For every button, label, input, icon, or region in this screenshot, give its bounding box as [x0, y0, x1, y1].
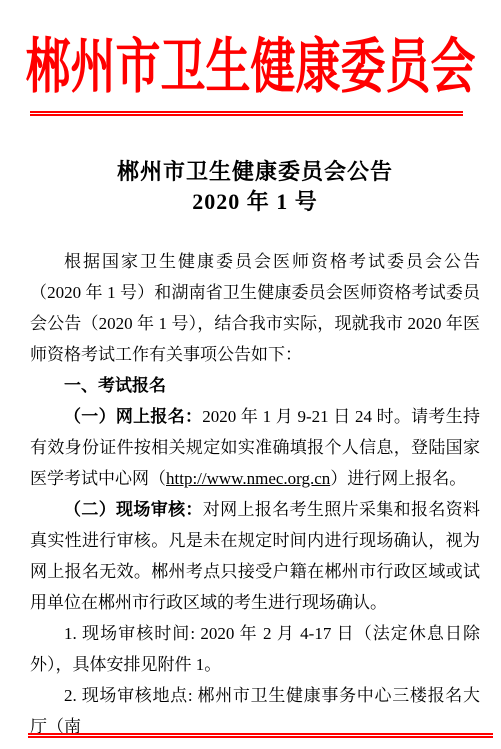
text-run: 2. 现场审核地点: 郴州市卫生健康事务中心三楼报名大厅（南 [30, 686, 480, 736]
section-heading: 一、考试报名 [30, 370, 480, 401]
letterhead: 郴州市卫生健康委员会 [0, 38, 501, 83]
text-run: ）进行网上报名。 [330, 469, 466, 488]
text-run: 根据国家卫生健康委员会医师资格考试委员会公告（2020 年 1 号）和湖南省卫生… [30, 252, 480, 364]
letterhead-divider-line [30, 111, 463, 116]
document-page: 郴州市卫生健康委员会 郴州市卫生健康委员会公告 2020 年 1 号 根据国家卫… [0, 0, 501, 749]
announcement-number: 2020 年 1 号 [30, 187, 480, 217]
paragraph: （二）现场审核：对网上报名考生照片采集和报名资料真实性进行审核。凡是未在规定时间… [30, 494, 480, 618]
announcement-title: 郴州市卫生健康委员会公告 [30, 157, 480, 187]
paragraph: 1. 现场审核时间: 2020 年 2 月 4-17 日（法定休息日除外），具体… [30, 618, 480, 680]
footer-divider-line [28, 733, 493, 738]
announcement-title-block: 郴州市卫生健康委员会公告 2020 年 1 号 [30, 157, 480, 217]
hyperlink-url[interactable]: http://www.nmec.org.cn [166, 469, 330, 488]
document-body: 根据国家卫生健康委员会医师资格考试委员会公告（2020 年 1 号）和湖南省卫生… [30, 246, 480, 742]
text-run: 一、考试报名 [64, 376, 166, 395]
paragraph: 根据国家卫生健康委员会医师资格考试委员会公告（2020 年 1 号）和湖南省卫生… [30, 246, 480, 370]
letterhead-org-name: 郴州市卫生健康委员会 [25, 38, 475, 97]
text-run: （二）现场审核： [64, 500, 203, 519]
text-run: （一）网上报名： [64, 407, 202, 426]
paragraph: （一）网上报名：2020 年 1 月 9-21 日 24 时。请考生持有效身份证… [30, 401, 480, 494]
text-run: 1. 现场审核时间: 2020 年 2 月 4-17 日（法定休息日除外），具体… [30, 624, 480, 674]
